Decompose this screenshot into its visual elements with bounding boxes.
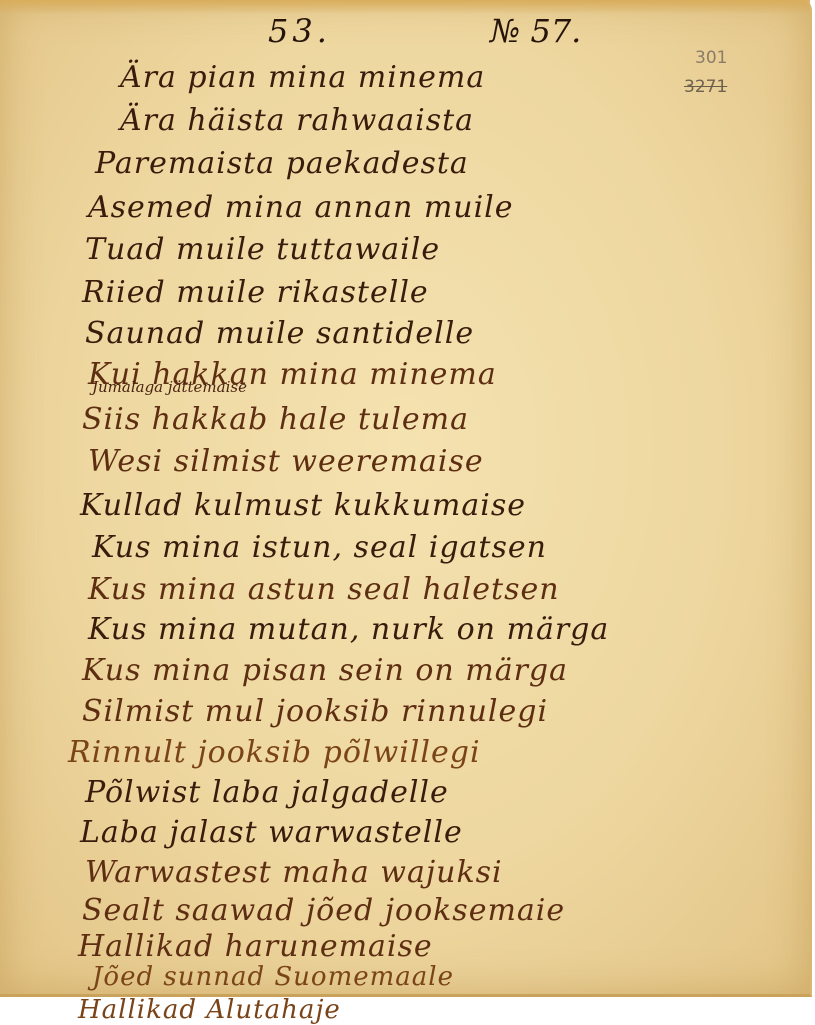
text-line-16: Silmist mul jooksib rinnulegi xyxy=(82,694,548,729)
text-line-1: Ära pian mina minema xyxy=(120,60,485,95)
text-line-2: Ära häista rahwaaista xyxy=(120,103,474,138)
text-line-4: Asemed mina annan muile xyxy=(88,190,514,225)
text-line-13: Kus mina astun seal haletsen xyxy=(88,572,560,607)
text-line-3: Paremaista paekadesta xyxy=(95,146,469,181)
text-line-14: Kus mina mutan, nurk on märga xyxy=(88,612,609,647)
text-line-15: Kus mina pisan sein on märga xyxy=(82,653,568,688)
archive-number: 301 xyxy=(695,48,727,68)
text-line-6: Riied muile rikastelle xyxy=(82,275,429,310)
interlinear-insert: Jumalaga jättemaise xyxy=(92,378,247,396)
song-number: № 57. xyxy=(490,12,581,50)
text-line-22: Hallikad harunemaise xyxy=(78,929,433,964)
page-number: 53. xyxy=(268,12,331,50)
text-line-23: Jõed sunnad Suomemaale xyxy=(92,962,454,992)
text-line-5: Tuad muile tuttawaile xyxy=(85,232,440,267)
manuscript-page: 53. № 57. 301 3271 Ära pian mina minema … xyxy=(0,0,812,997)
text-line-17: Rinnult jooksib põlwillegi xyxy=(68,735,481,770)
text-line-9: Siis hakkab hale tulema xyxy=(82,402,469,437)
text-line-11: Kullad kulmust kukkumaise xyxy=(80,488,526,523)
text-line-20: Warwastest maha wajuksi xyxy=(85,855,503,890)
text-line-18: Põlwist laba jalgadelle xyxy=(85,775,449,810)
text-line-21: Sealt saawad jõed jooksemaie xyxy=(82,893,565,928)
text-line-7: Saunad muile santidelle xyxy=(85,316,474,351)
text-line-19: Laba jalast warwastelle xyxy=(80,815,463,850)
text-line-10: Wesi silmist weeremaise xyxy=(88,444,484,479)
text-line-12: Kus mina istun, seal igatsen xyxy=(92,530,547,565)
text-line-24: Hallikad Alutahaje xyxy=(78,995,341,1000)
archive-number-crossed-out: 3271 xyxy=(684,77,727,97)
